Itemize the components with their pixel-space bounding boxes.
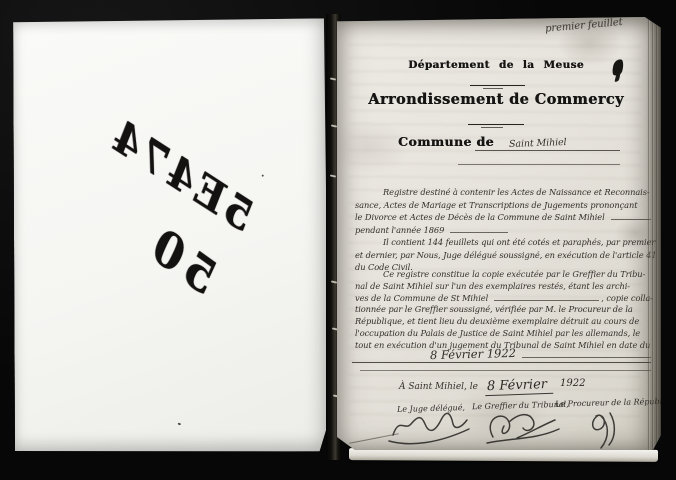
fill-rule xyxy=(522,357,651,358)
paragraph-line: nal de Saint Mihiel sur l'un des exempla… xyxy=(355,281,653,293)
paragraph-line: tionnée par le Greffier soussigné, vérif… xyxy=(355,304,653,316)
paper-speck xyxy=(178,423,181,426)
separator-rule xyxy=(360,370,651,371)
register-paragraph: Registre destiné à contenir les Actes de… xyxy=(355,186,653,274)
pencil-note: premier feuillet xyxy=(545,14,656,35)
copy-paragraph: Ce registre constitue la copie exécutée … xyxy=(355,269,653,352)
paragraph-line: République, et tient lieu du deuxième ex… xyxy=(355,316,653,328)
commune-underline xyxy=(475,150,620,151)
heading-rule xyxy=(483,88,503,89)
scanned-register-photo: 5E474 50 premier feuillet Département de… xyxy=(0,0,676,480)
paragraph-line: l'occupation du Palais de Justice de Sai… xyxy=(355,328,653,340)
paragraph-line: le Divorce et Actes de Décès de la Commu… xyxy=(355,211,653,224)
mirrored-shelfmark-line-1: 5E474 xyxy=(97,109,266,242)
commune-value: Saint Mihiel xyxy=(509,137,567,150)
clerk-signature xyxy=(487,415,559,443)
bottom-page-edges xyxy=(349,448,658,462)
prosecutor-signature xyxy=(593,413,615,448)
judgment-date-line: 8 Février 1922 xyxy=(355,347,653,361)
paragraph-line: et dernier, par Nous, Juge délégué souss… xyxy=(355,249,653,262)
closing-prefix: À Saint Mihiel, le xyxy=(399,382,478,392)
judgment-date: 8 Février 1922 xyxy=(430,346,516,362)
closing-year: 1922 xyxy=(560,378,585,389)
paragraph-line: Ce registre constitue la copie exécutée … xyxy=(355,269,653,281)
heading-rule xyxy=(470,85,525,86)
department-heading: Département de la Meuse xyxy=(337,59,655,71)
fill-rule xyxy=(450,232,508,233)
commune-underline xyxy=(458,164,620,165)
heading-rule xyxy=(481,127,503,128)
commune-label: Commune de xyxy=(398,134,494,149)
heading-rule xyxy=(468,124,524,125)
right-page: premier feuillet Département de la Meuse… xyxy=(337,17,661,450)
paragraph-line: sance, Actes de Mariage et Transcription… xyxy=(355,199,653,212)
fill-rule xyxy=(494,300,599,301)
signatures xyxy=(385,407,655,451)
arrondissement-heading: Arrondissement de Commercy xyxy=(337,91,655,108)
paper-speck xyxy=(262,175,264,177)
paragraph-line: Il contient 144 feuillets qui ont été co… xyxy=(355,236,653,249)
separator-rule xyxy=(352,362,651,363)
paragraph-line: ves de la Commune de St Mihiel, copie co… xyxy=(355,293,653,305)
judge-signature xyxy=(389,413,469,443)
left-page: 5E474 50 xyxy=(13,18,329,452)
closing-place-date: À Saint Mihiel, le 8 Février 1922 xyxy=(399,378,585,395)
commune-row: Commune de Saint Mihiel xyxy=(398,131,567,150)
closing-date: 8 Février xyxy=(485,377,554,396)
fill-rule xyxy=(611,219,651,220)
paragraph-line: pendant l'année 1869 xyxy=(355,224,653,237)
paragraph-line: Registre destiné à contenir les Actes de… xyxy=(355,186,653,199)
